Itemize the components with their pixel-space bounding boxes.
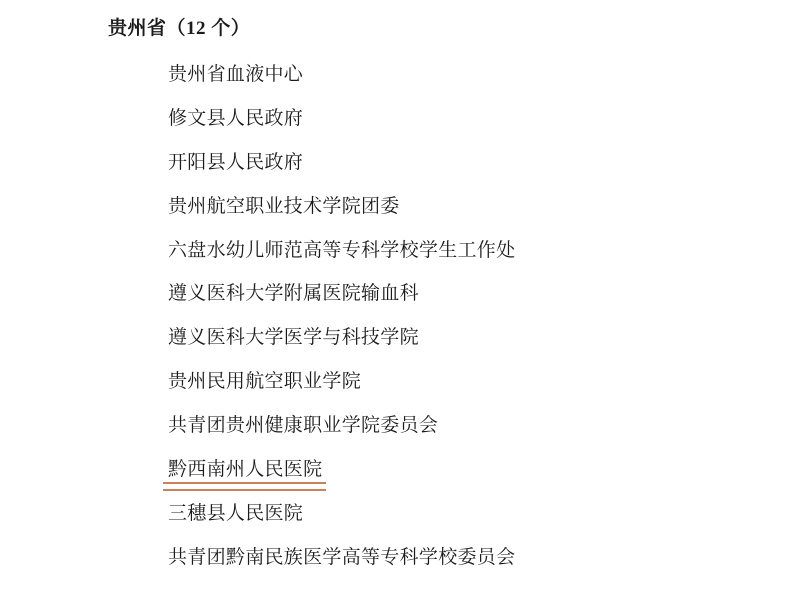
- list-item: 遵义医科大学附属医院输血科: [168, 283, 728, 327]
- list-item: 六盘水幼儿师范高等专科学校学生工作处: [168, 240, 728, 284]
- institution-name: 三穗县人民医院: [168, 503, 303, 525]
- institution-name: 遵义医科大学附属医院输血科: [168, 283, 419, 305]
- institution-name-underlined: 黔西南州人民医院: [168, 459, 322, 481]
- list-item: 黔西南州人民医院: [168, 459, 728, 503]
- institution-list: 贵州省血液中心修文县人民政府开阳县人民政府贵州航空职业技术学院团委六盘水幼儿师范…: [168, 64, 728, 591]
- institution-name: 贵州航空职业技术学院团委: [168, 196, 400, 218]
- institution-name: 开阳县人民政府: [168, 152, 303, 174]
- institution-name: 贵州民用航空职业学院: [168, 371, 361, 393]
- institution-name: 修文县人民政府: [168, 108, 303, 130]
- list-item: 开阳县人民政府: [168, 152, 728, 196]
- institution-name: 共青团黔南民族医学高等专科学校委员会: [168, 547, 515, 569]
- list-item: 遵义医科大学医学与科技学院: [168, 327, 728, 371]
- list-item: 共青团贵州健康职业学院委员会: [168, 415, 728, 459]
- institution-name: 共青团贵州健康职业学院委员会: [168, 415, 438, 437]
- institution-name: 六盘水幼儿师范高等专科学校学生工作处: [168, 240, 515, 262]
- list-item: 贵州省血液中心: [168, 64, 728, 108]
- institution-name: 遵义医科大学医学与科技学院: [168, 327, 419, 349]
- list-item: 贵州航空职业技术学院团委: [168, 196, 728, 240]
- list-item: 共青团黔南民族医学高等专科学校委员会: [168, 547, 728, 591]
- list-item: 三穗县人民医院: [168, 503, 728, 547]
- list-item: 修文县人民政府: [168, 108, 728, 152]
- section-heading: 贵州省（12 个）: [108, 18, 250, 40]
- list-item: 贵州民用航空职业学院: [168, 371, 728, 415]
- document-page: 贵州省（12 个） 贵州省血液中心修文县人民政府开阳县人民政府贵州航空职业技术学…: [0, 0, 800, 594]
- institution-name: 贵州省血液中心: [168, 64, 303, 86]
